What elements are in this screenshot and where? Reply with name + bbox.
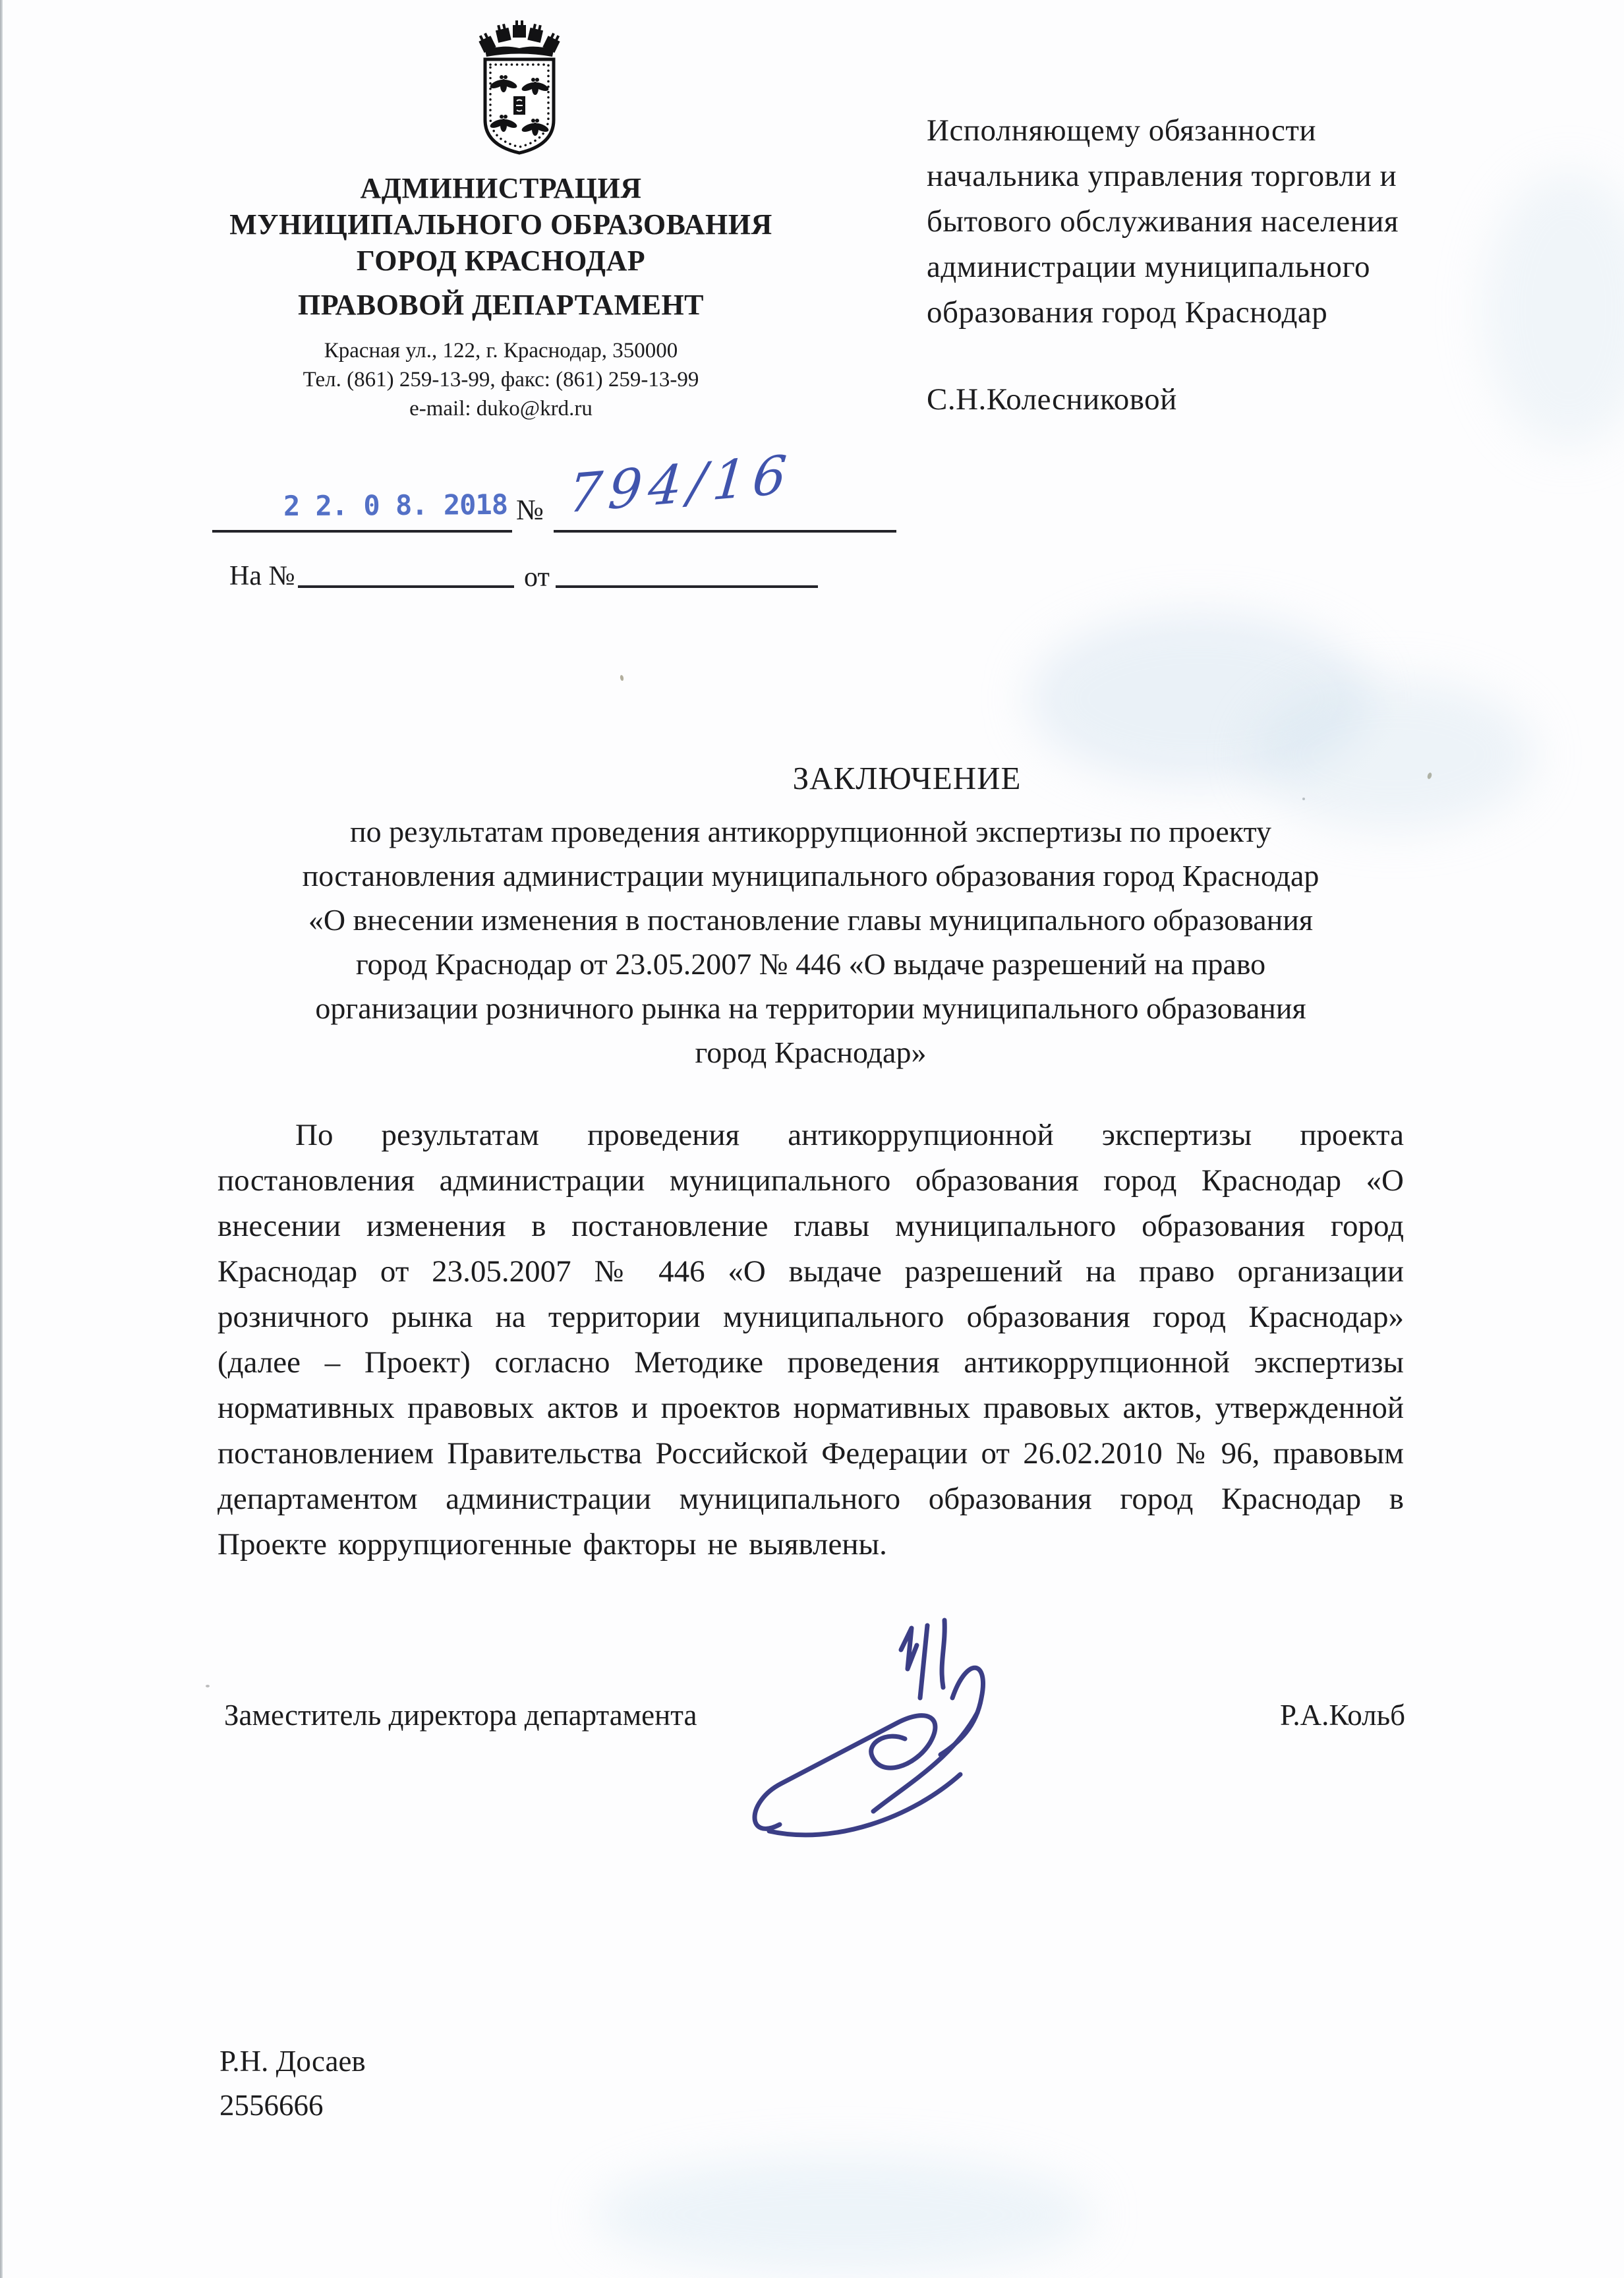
recipient-block: Исполняющему обязанности начальника упра… [927,108,1573,423]
sender-letterhead: АДМИНИСТРАЦИЯ МУНИЦИПАЛЬНОГО ОБРАЗОВАНИЯ… [204,170,797,423]
recipient-line: образования город Краснодар [927,290,1573,336]
scan-speckle [1427,772,1433,779]
number-underline [554,530,896,533]
sender-email: e-mail: duko@krd.ru [204,394,797,423]
scan-speckle [1302,798,1305,800]
recipient-name: С.Н.Колесниковой [927,377,1573,423]
subtitle-line: постановления администрации муниципально… [217,854,1404,898]
subtitle-line: город Краснодар» [217,1030,1404,1074]
date-stamp: 2 2. 0 8. 2018 [283,488,507,522]
subtitle-line: организации розничного рынка на территор… [217,986,1404,1030]
krasnodar-coat-of-arms-icon [476,17,563,157]
scanned-letter-page: АДМИНИСТРАЦИЯ МУНИЦИПАЛЬНОГО ОБРАЗОВАНИЯ… [0,0,1624,2278]
signer-position: Заместитель директора департамента [224,1698,697,1732]
scan-edge-line [0,0,3,2278]
executor-phone: 2556666 [219,2084,366,2128]
date-underline [212,530,512,533]
sender-department: ПРАВОВОЙ ДЕПАРТАМЕНТ [204,287,797,323]
sender-org-line: АДМИНИСТРАЦИЯ [204,170,797,206]
executor-name: Р.Н. Досаев [219,2039,366,2084]
sender-org-line: ГОРОД КРАСНОДАР [204,243,797,279]
recipient-line: начальника управления торговли и [927,154,1573,199]
recipient-line: бытового обслуживания населения [927,199,1573,245]
sender-address: Красная ул., 122, г. Краснодар, 350000 [204,336,797,365]
reply-date-underline [556,585,818,588]
number-sign-label: № [516,493,544,527]
executor-block: Р.Н. Досаев 2556666 [219,2039,366,2128]
reply-number-underline [298,585,514,588]
scan-tint-artifact [1028,613,1371,784]
scan-tint-artifact [1252,679,1536,831]
sender-phone-fax: Тел. (861) 259-13-99, факс: (861) 259-13… [204,365,797,394]
subtitle-line: город Краснодар от 23.05.2007 № 446 «О в… [217,942,1404,986]
recipient-line: Исполняющему обязанности [927,108,1573,154]
document-title: ЗАКЛЮЧЕНИЕ [770,759,1044,797]
reply-number-label: На № [229,560,295,592]
reply-from-label: от [524,562,550,593]
signature-autograph [735,1614,1051,1848]
document-subtitle: по результатам проведения антикоррупцион… [217,809,1404,1074]
scan-speckle [620,675,624,682]
subtitle-line: по результатам проведения антикоррупцион… [217,809,1404,854]
scan-tint-artifact [593,2155,1094,2274]
sender-org-line: МУНИЦИПАЛЬНОГО ОБРАЗОВАНИЯ [204,206,797,243]
outgoing-number-handwriting: 794/16 [566,444,796,525]
scan-speckle [206,1685,210,1687]
signer-name: Р.А.Кольб [1153,1698,1405,1732]
body-paragraph: По результатам проведения антикоррупцион… [217,1113,1404,1567]
recipient-line: администрации муниципального [927,245,1573,290]
subtitle-line: «О внесении изменения в постановление гл… [217,898,1404,942]
